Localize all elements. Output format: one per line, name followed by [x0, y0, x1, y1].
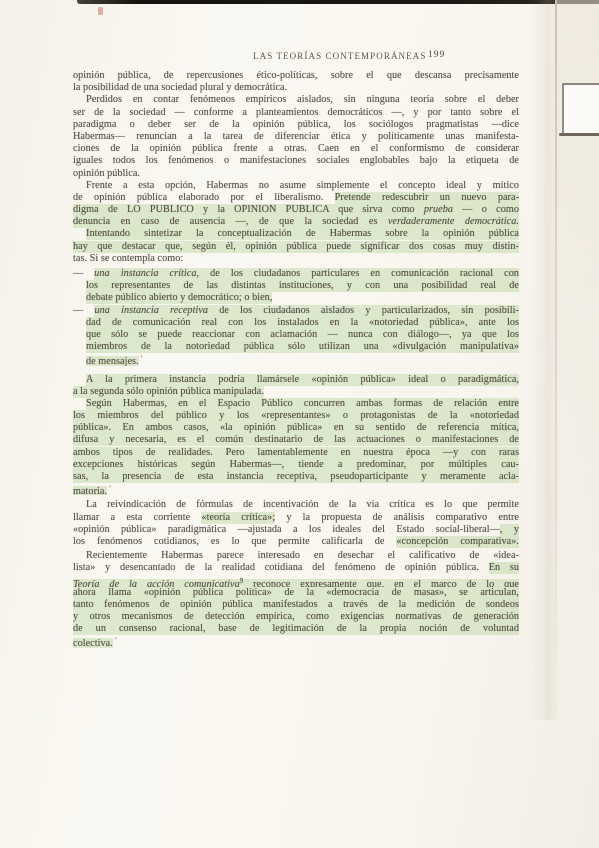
- text-line: colectiva.′: [73, 635, 519, 647]
- highlighted-text: y otros mecanismos de detección empírica…: [73, 611, 519, 622]
- highlighted-text: Intentando sintetizar la conceptualizaci…: [86, 228, 519, 239]
- text-line: difusa y necesaria, es el común destinat…: [73, 434, 519, 446]
- text-segment: y la propuesta de análisis comparativo e…: [275, 512, 519, 523]
- text-line: Según Habermas, en el Espacio Público co…: [73, 398, 519, 410]
- highlighted-text: Pretende redescubrir un nuevo para-: [335, 192, 519, 203]
- highlighted-text: los miembros del público y los «represen…: [73, 410, 519, 421]
- text-line: ser de la sociedad — conforme a planteam…: [73, 107, 519, 119]
- text-line: Recientemente Habermas parece interesado…: [73, 550, 519, 562]
- text-segment: de opinión pública elaborado por el libe…: [73, 192, 335, 203]
- text-block: opinión pública, de repercusiones ético-…: [73, 70, 519, 648]
- running-title: LAS TEORÍAS CONTEMPORÁNEAS: [253, 51, 426, 61]
- text-segment: Habermas— renuncian a la tarea de difere…: [73, 131, 519, 142]
- highlighted-text: miembros de la notoriedad pública sólo u…: [86, 341, 519, 352]
- next-page-tab-left-edge: [562, 83, 564, 136]
- text-line: opinión pública.: [73, 168, 519, 180]
- highlighted-text: ambos tipos de realidades. Pero lamentab…: [73, 447, 519, 458]
- text-line: a la segunda sólo opinión pública manipu…: [73, 386, 519, 398]
- highlighted-text: — o como: [453, 204, 519, 215]
- text-segment: ciones de la opinión pública frente a ot…: [73, 143, 519, 154]
- text-line: opinión pública, de repercusiones ético-…: [73, 70, 519, 82]
- text-line: La reivindicación de fórmulas de incenti…: [73, 499, 519, 511]
- highlighted-text: , y: [500, 524, 519, 535]
- highlighted-text: «concepción comparativa».: [396, 536, 519, 547]
- highlighted-text: En su: [489, 562, 519, 573]
- text-line: de mensajes.′: [73, 353, 519, 365]
- highlighted-text: que sólo se puede reaccionar con aclamac…: [86, 329, 519, 340]
- highlighted-text: de los ciudadanos aislados y particulari…: [208, 305, 519, 316]
- text-segment: —: [73, 305, 94, 316]
- scanned-book-page: LAS TEORÍAS CONTEMPORÁNEAS 199 opinión p…: [0, 0, 599, 848]
- text-line: iguales todos los fenómenos o manifestac…: [73, 155, 519, 167]
- text-line: lista» y desencantado de la realidad cot…: [73, 562, 519, 574]
- text-segment: Frente a esta opción, Habermas no asume …: [86, 180, 519, 191]
- text-line: los representantes de las distintas inst…: [73, 280, 519, 292]
- highlighted-text: pública». En ambos casos, «la opinión pú…: [73, 422, 519, 433]
- text-line: denuncia en caso de ausencia —, de que l…: [73, 216, 519, 228]
- highlighted-text: tanto fenómenos de opinión pública manif…: [73, 599, 519, 610]
- text-segment: opinión pública, de repercusiones ético-…: [73, 70, 519, 81]
- text-line: la posibilidad de una sociedad plural y …: [73, 82, 519, 94]
- text-line: los miembros del público y los «represen…: [73, 410, 519, 422]
- highlighted-text: Según Habermas, en el Espacio Público co…: [86, 398, 519, 409]
- highlighted-text: A la primera instancia podría llamársele…: [86, 374, 519, 385]
- highlighted-text: de mensajes.: [86, 356, 139, 365]
- text-line: miembros de la notoriedad pública sólo u…: [73, 341, 519, 353]
- text-line: tanto fenómenos de opinión pública manif…: [73, 599, 519, 611]
- text-line: de un consenso racional, base de legitim…: [73, 623, 519, 635]
- text-line: Teoría de la acción comunicativa9 recono…: [73, 575, 519, 587]
- next-page-tab: [564, 85, 599, 133]
- text-line: ciones de la opinión pública frente a ot…: [73, 143, 519, 155]
- annotation-tick: ′: [141, 354, 143, 363]
- text-segment: paradigma o deber ser de la opinión públ…: [73, 119, 519, 130]
- text-segment: lista» y desencantado de la realidad cot…: [73, 562, 489, 573]
- text-line: ahora llama «opinión pública política» d…: [73, 587, 519, 599]
- highlighted-text: , de los ciudadanos particulares en comu…: [197, 268, 520, 279]
- text-line: debate público abierto y democrático; o …: [73, 292, 519, 304]
- text-line: y otros mecanismos de detección empírica…: [73, 611, 519, 623]
- text-segment: la posibilidad de una sociedad plural y …: [73, 82, 287, 93]
- text-line: sas, la presencia de esta instancia rece…: [73, 471, 519, 483]
- red-ink-dot: [98, 7, 103, 15]
- text-line: Perdidos en contar fenómenos empíricos a…: [73, 94, 519, 106]
- highlighted-text: Teoría de la acción comunicativa: [73, 579, 240, 587]
- highlighted-text: prueba: [424, 204, 453, 215]
- text-segment: opinión pública.: [73, 168, 140, 179]
- highlighted-text: ahora llama «opinión pública política» d…: [73, 587, 519, 598]
- text-segment: La reivindicación de fórmulas de incenti…: [86, 499, 519, 510]
- highlighted-text: colectiva.: [73, 638, 113, 647]
- text-line: los fenómenos cotidianos, es lo que perm…: [73, 536, 519, 548]
- highlighted-text: debate público abierto y democrático; o …: [86, 292, 272, 303]
- text-segment: ser de la sociedad — conforme a planteam…: [73, 107, 519, 118]
- text-segment: «opinión pública» paradigmática —ajustad…: [73, 524, 500, 535]
- highlighted-text: hay que destacar que, según él, opinión …: [73, 241, 519, 252]
- text-line: Habermas— renuncian a la tarea de difere…: [73, 131, 519, 143]
- text-line: Frente a esta opción, Habermas no asume …: [73, 180, 519, 192]
- highlighted-text: difusa y necesaria, es el común destinat…: [73, 434, 519, 445]
- text-segment: —: [73, 268, 94, 279]
- text-line: matoria.′: [73, 483, 519, 495]
- text-line: — una instancia crítica, de los ciudadan…: [73, 268, 519, 280]
- highlighted-text: una instancia crítica: [94, 268, 196, 279]
- next-page-tab-bottom-edge: [559, 133, 599, 136]
- highlighted-text: denuncia en caso de ausencia —, de que l…: [73, 216, 388, 227]
- text-segment: llamar a esta corriente: [73, 512, 201, 523]
- text-line: Intentando sintetizar la conceptualizaci…: [73, 228, 519, 240]
- annotation-tick: ′: [115, 636, 117, 645]
- highlighted-text: dad de comunicación real con los instala…: [86, 317, 519, 328]
- text-line: pública». En ambos casos, «la opinión pú…: [73, 422, 519, 434]
- text-line: tas. Si se contempla como:: [73, 253, 519, 265]
- text-line: «opinión pública» paradigmática —ajustad…: [73, 524, 519, 536]
- highlighted-text: de un consenso racional, base de legitim…: [73, 623, 519, 634]
- text-segment: los fenómenos cotidianos, es lo que perm…: [73, 536, 396, 547]
- text-line: digma de LO PÚBLICO y la OPINIÓN PÚBLICA…: [73, 204, 519, 216]
- highlighted-text: sas, la presencia de esta instancia rece…: [73, 471, 519, 482]
- highlighted-text: los representantes de las distintas inst…: [86, 280, 519, 291]
- highlighted-text: matoria.: [73, 486, 107, 495]
- text-line: A la primera instancia podría llamársele…: [73, 374, 519, 386]
- highlighted-text: excepciones históricas según Habermas—, …: [73, 459, 519, 470]
- text-line: que sólo se puede reaccionar con aclamac…: [73, 329, 519, 341]
- highlighted-text: a la segunda sólo opinión pública manipu…: [73, 386, 264, 397]
- highlighted-text: digma de LO PÚBLICO y la OPINIÓN PÚBLICA…: [73, 204, 424, 215]
- text-line: paradigma o deber ser de la opinión públ…: [73, 119, 519, 131]
- annotation-tick: ′: [109, 484, 111, 493]
- text-segment: tas. Si se contempla como:: [73, 253, 183, 264]
- text-line: hay que destacar que, según él, opinión …: [73, 241, 519, 253]
- highlighted-text: una instancia receptiva: [94, 305, 208, 316]
- text-segment: iguales todos los fenómenos o manifestac…: [73, 155, 519, 166]
- text-line: de opinión pública elaborado por el libe…: [73, 192, 519, 204]
- text-line: dad de comunicación real con los instala…: [73, 317, 519, 329]
- highlighted-text: reconoce expresamente que, en el marco d…: [243, 579, 519, 587]
- text-segment: Recientemente Habermas parece interesado…: [86, 550, 519, 561]
- text-line: — una instancia receptiva de los ciudada…: [73, 305, 519, 317]
- scan-top-edge: [77, 0, 599, 4]
- text-line: llamar a esta corriente «teoría crítica»…: [73, 512, 519, 524]
- text-line: ambos tipos de realidades. Pero lamentab…: [73, 447, 519, 459]
- text-segment: Perdidos en contar fenómenos empíricos a…: [86, 94, 519, 105]
- text-line: excepciones históricas según Habermas—, …: [73, 459, 519, 471]
- page-number: 199: [428, 50, 445, 60]
- highlighted-text: verdaderamente democrática.: [388, 216, 519, 227]
- highlighted-text: «teoría crítica»;: [201, 512, 275, 523]
- next-page-tab-top-edge: [562, 83, 599, 85]
